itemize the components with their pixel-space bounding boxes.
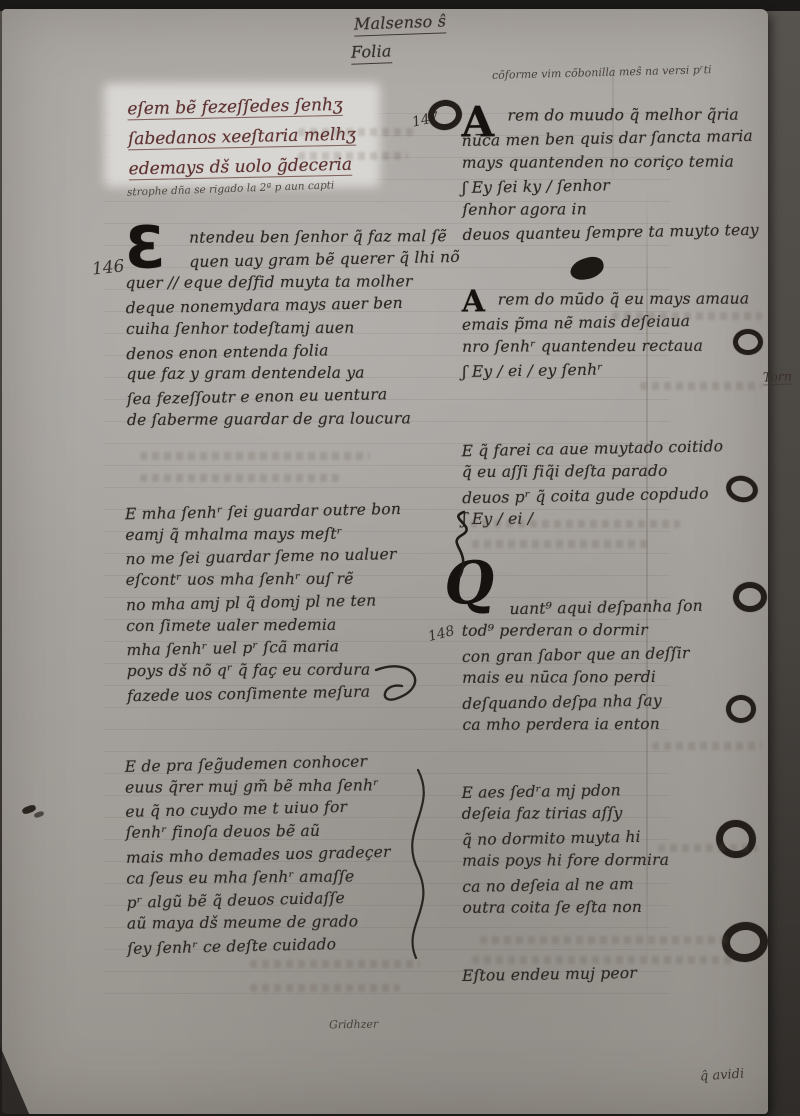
scan-corner-shadow: [0, 1046, 30, 1116]
verse-line: de ſaberme guardar de gra loucura: [127, 407, 467, 432]
right-stanza-6: Eſtou endeu muj peor: [462, 961, 800, 987]
show-through-smudge: [140, 452, 370, 460]
ink-ring: [733, 582, 767, 612]
show-through-smudge: [640, 382, 762, 390]
manuscript-scan: Malsenso ŝ Folia cõforme vim cõbonilla m…: [0, 0, 800, 1116]
show-through-smudge: [250, 984, 400, 992]
pen-flourish: [372, 662, 434, 714]
torn-margin-note: Torn: [763, 369, 792, 386]
verse-line: nūca men ben quis dar ſancta maria: [462, 124, 800, 153]
verse-line: outra coita ſe eſta non: [462, 895, 800, 920]
show-through-smudge: [140, 474, 340, 482]
refrain-line: deuos quanteu ſempre ta muyto teay: [462, 218, 800, 247]
show-through-smudge: [472, 540, 652, 548]
ink-ring: [733, 329, 763, 355]
pen-flourish: [396, 768, 440, 964]
refrain-line: ʃ Ey ſei ky / ſenhor: [462, 171, 800, 200]
ink-ring: [726, 695, 756, 723]
show-through-smudge: [298, 128, 418, 136]
show-through-smudge: [472, 956, 734, 964]
excerpt-line: eſem bẽ fezeſſedes ſenhʒ: [127, 90, 356, 125]
archivist-subtitle: Folia: [351, 41, 392, 64]
excerpt-line: ſabedanos xeeſtaria melhʒ: [128, 120, 357, 155]
right-stanza-1: A rem do muudo q̃ melhor q̃ria nūca men …: [461, 103, 800, 246]
show-through-smudge: [298, 152, 408, 160]
show-through-smudge: [612, 312, 762, 320]
verse-line: mais eu nūca ſono perdi: [462, 665, 800, 690]
archivist-title: Malsenso ŝ: [354, 11, 447, 36]
show-through-smudge: [658, 844, 758, 852]
catchword-note: Gridhzer: [329, 1018, 378, 1032]
refrain-line: ʃ Ey / ei / ey ſenhʳ: [462, 355, 800, 384]
folio-number-left: 146: [91, 256, 125, 279]
verse-line: deſeia faz tirias aſſy: [462, 802, 800, 827]
show-through-smudge: [652, 742, 762, 750]
show-through-smudge: [470, 520, 680, 528]
highlighted-excerpt: eſem bẽ fezeſſedes ſenhʒ ſabedanos xeeſt…: [127, 90, 357, 185]
verse-line: tod⁹ perderan o dormir: [462, 619, 800, 644]
show-through-smudge: [250, 960, 420, 968]
left-stanza-1: Ɛ ntendeu ben ſenhor q̃ faz mal ſẽ quen …: [125, 224, 467, 432]
bottom-right-note: q̂ avidi: [700, 1066, 745, 1084]
show-through-smudge: [480, 936, 732, 944]
